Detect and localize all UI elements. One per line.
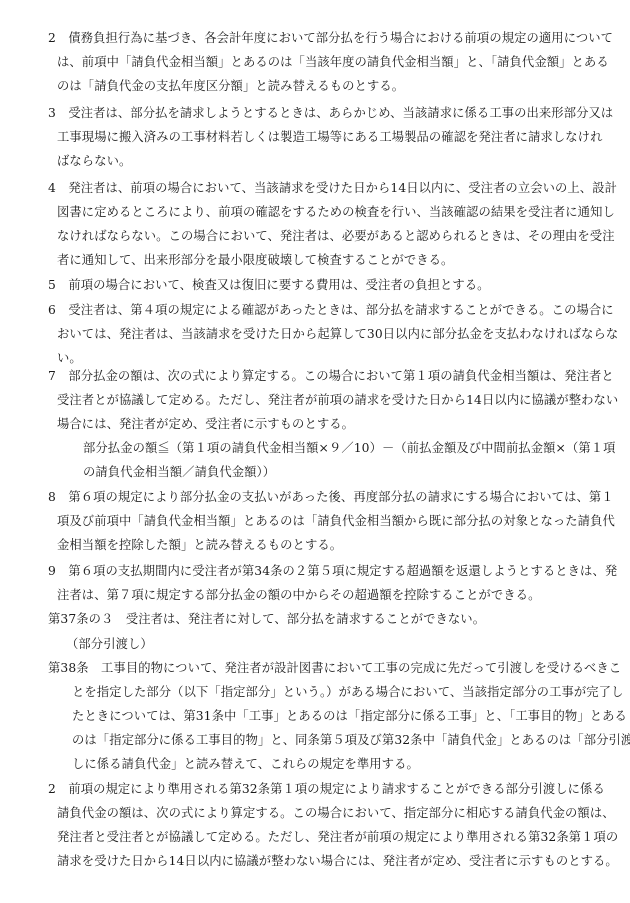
article-heading-37-3: 第37条の３ 受注者は、発注者に対して、部分払を請求することができない。	[48, 611, 485, 627]
text-line: しに係る請負代金」と読み替えて、これらの規定を準用する。	[72, 756, 419, 772]
text-line: おいては、発注者は、当該請求を受けた日から起算して30日以内に部分払金を支払わな…	[57, 326, 618, 342]
text-line: い。	[57, 350, 82, 366]
formula-line: 部分払金の額≦（第１項の請負代金相当額×９／10）－（前払金額及び中間前払金額×…	[83, 440, 616, 456]
text-line: 6 受注者は、第４項の規定による確認があったときは、部分払を請求することができる…	[48, 302, 614, 318]
text-line: は、前項中「請負代金相当額」とあるのは「当該年度の請負代金相当額」と、「請負代金…	[57, 54, 609, 70]
text-line: のは「指定部分に係る工事目的物」と、同条第５項及び第32条中「請負代金」とあるの…	[72, 732, 630, 748]
text-line: 受注者とが協議して定める。ただし、発注者が前項の請求を受けた日から14日以内に協…	[57, 392, 618, 408]
text-line: たときについては、第31条中「工事」とあるのは「指定部分に係る工事」と、「工事目…	[72, 708, 627, 724]
text-line: とを指定した部分（以下「指定部分」という。）がある場合において、当該指定部分の工…	[72, 684, 623, 700]
text-line: 者に通知して、出来形部分を最小限度破壊して検査することができる。	[57, 252, 453, 268]
text-line: 注者は、第７項に規定する部分払金の額の中からその超過額を控除することができる。	[57, 587, 540, 603]
text-line: 発注者と受注者とが協議して定める。ただし、発注者が前項の規定により準用される第3…	[57, 829, 618, 845]
text-line: 請負代金の額は、次の式により算定する。この場合において、指定部分に相応する請負代…	[57, 805, 615, 821]
text-line: ばならない。	[57, 153, 131, 169]
text-line: 4 発注者は、前項の場合において、当該請求を受けた日から14日以内に、受注者の立…	[48, 180, 617, 196]
article-heading-38: 第38条 工事目的物について、発注者が設計図書において工事の完成に先だって引渡し…	[48, 660, 621, 676]
text-line: 7 部分払金の額は、次の式により算定する。この場合において第１項の請負代金相当額…	[48, 368, 614, 384]
formula-line: の請負代金相当額／請負代金額））	[83, 464, 275, 480]
document-page: 2 債務負担行為に基づき、各会計年度において部分払を行う場合における前項の規定の…	[0, 0, 630, 903]
text-line: 2 債務負担行為に基づき、各会計年度において部分払を行う場合における前項の規定の…	[48, 30, 613, 46]
text-line: のは「請負代金の支払年度区分額」と読み替えるものとする。	[57, 78, 404, 94]
section-caption: （部分引渡し）	[66, 636, 153, 652]
text-line: 金相当額を控除した額」と読み替えるものとする。	[57, 537, 342, 553]
text-line: 図書に定めるところにより、前項の確認をするための検査を行い、当該確認の結果を受注…	[57, 204, 615, 220]
text-line: 5 前項の場合において、検査又は復旧に要する費用は、受注者の負担とする。	[48, 277, 490, 293]
text-line: 9 第６項の支払期間内に受注者が第34条の２第５項に規定する超過額を返還しようと…	[48, 563, 617, 579]
text-line: なければならない。この場合において、発注者は、必要があると認められるときは、その…	[57, 228, 615, 244]
text-line: 工事現場に搬入済みの工事材料若しくは製造工場等にある工場製品の確認を発注者に請求…	[57, 129, 602, 145]
text-line: 項及び前項中「請負代金相当額」とあるのは「請負代金相当額から既に部分払の対象とな…	[57, 513, 615, 529]
text-line: 8 第６項の規定により部分払金の支払いがあった後、再度部分払の請求にする場合にお…	[48, 489, 614, 505]
text-line: 請求を受けた日から14日以内に協議が整わない場合には、発注者が定め、受注者に示す…	[57, 853, 618, 869]
text-line: 3 受注者は、部分払を請求しようとするときは、あらかじめ、当該請求に係る工事の出…	[48, 105, 613, 121]
text-line: 場合には、発注者が定め、受注者に示すものとする。	[57, 416, 354, 432]
text-line: 2 前項の規定により準用される第32条第１項の規定により請求することができる部分…	[48, 781, 605, 797]
